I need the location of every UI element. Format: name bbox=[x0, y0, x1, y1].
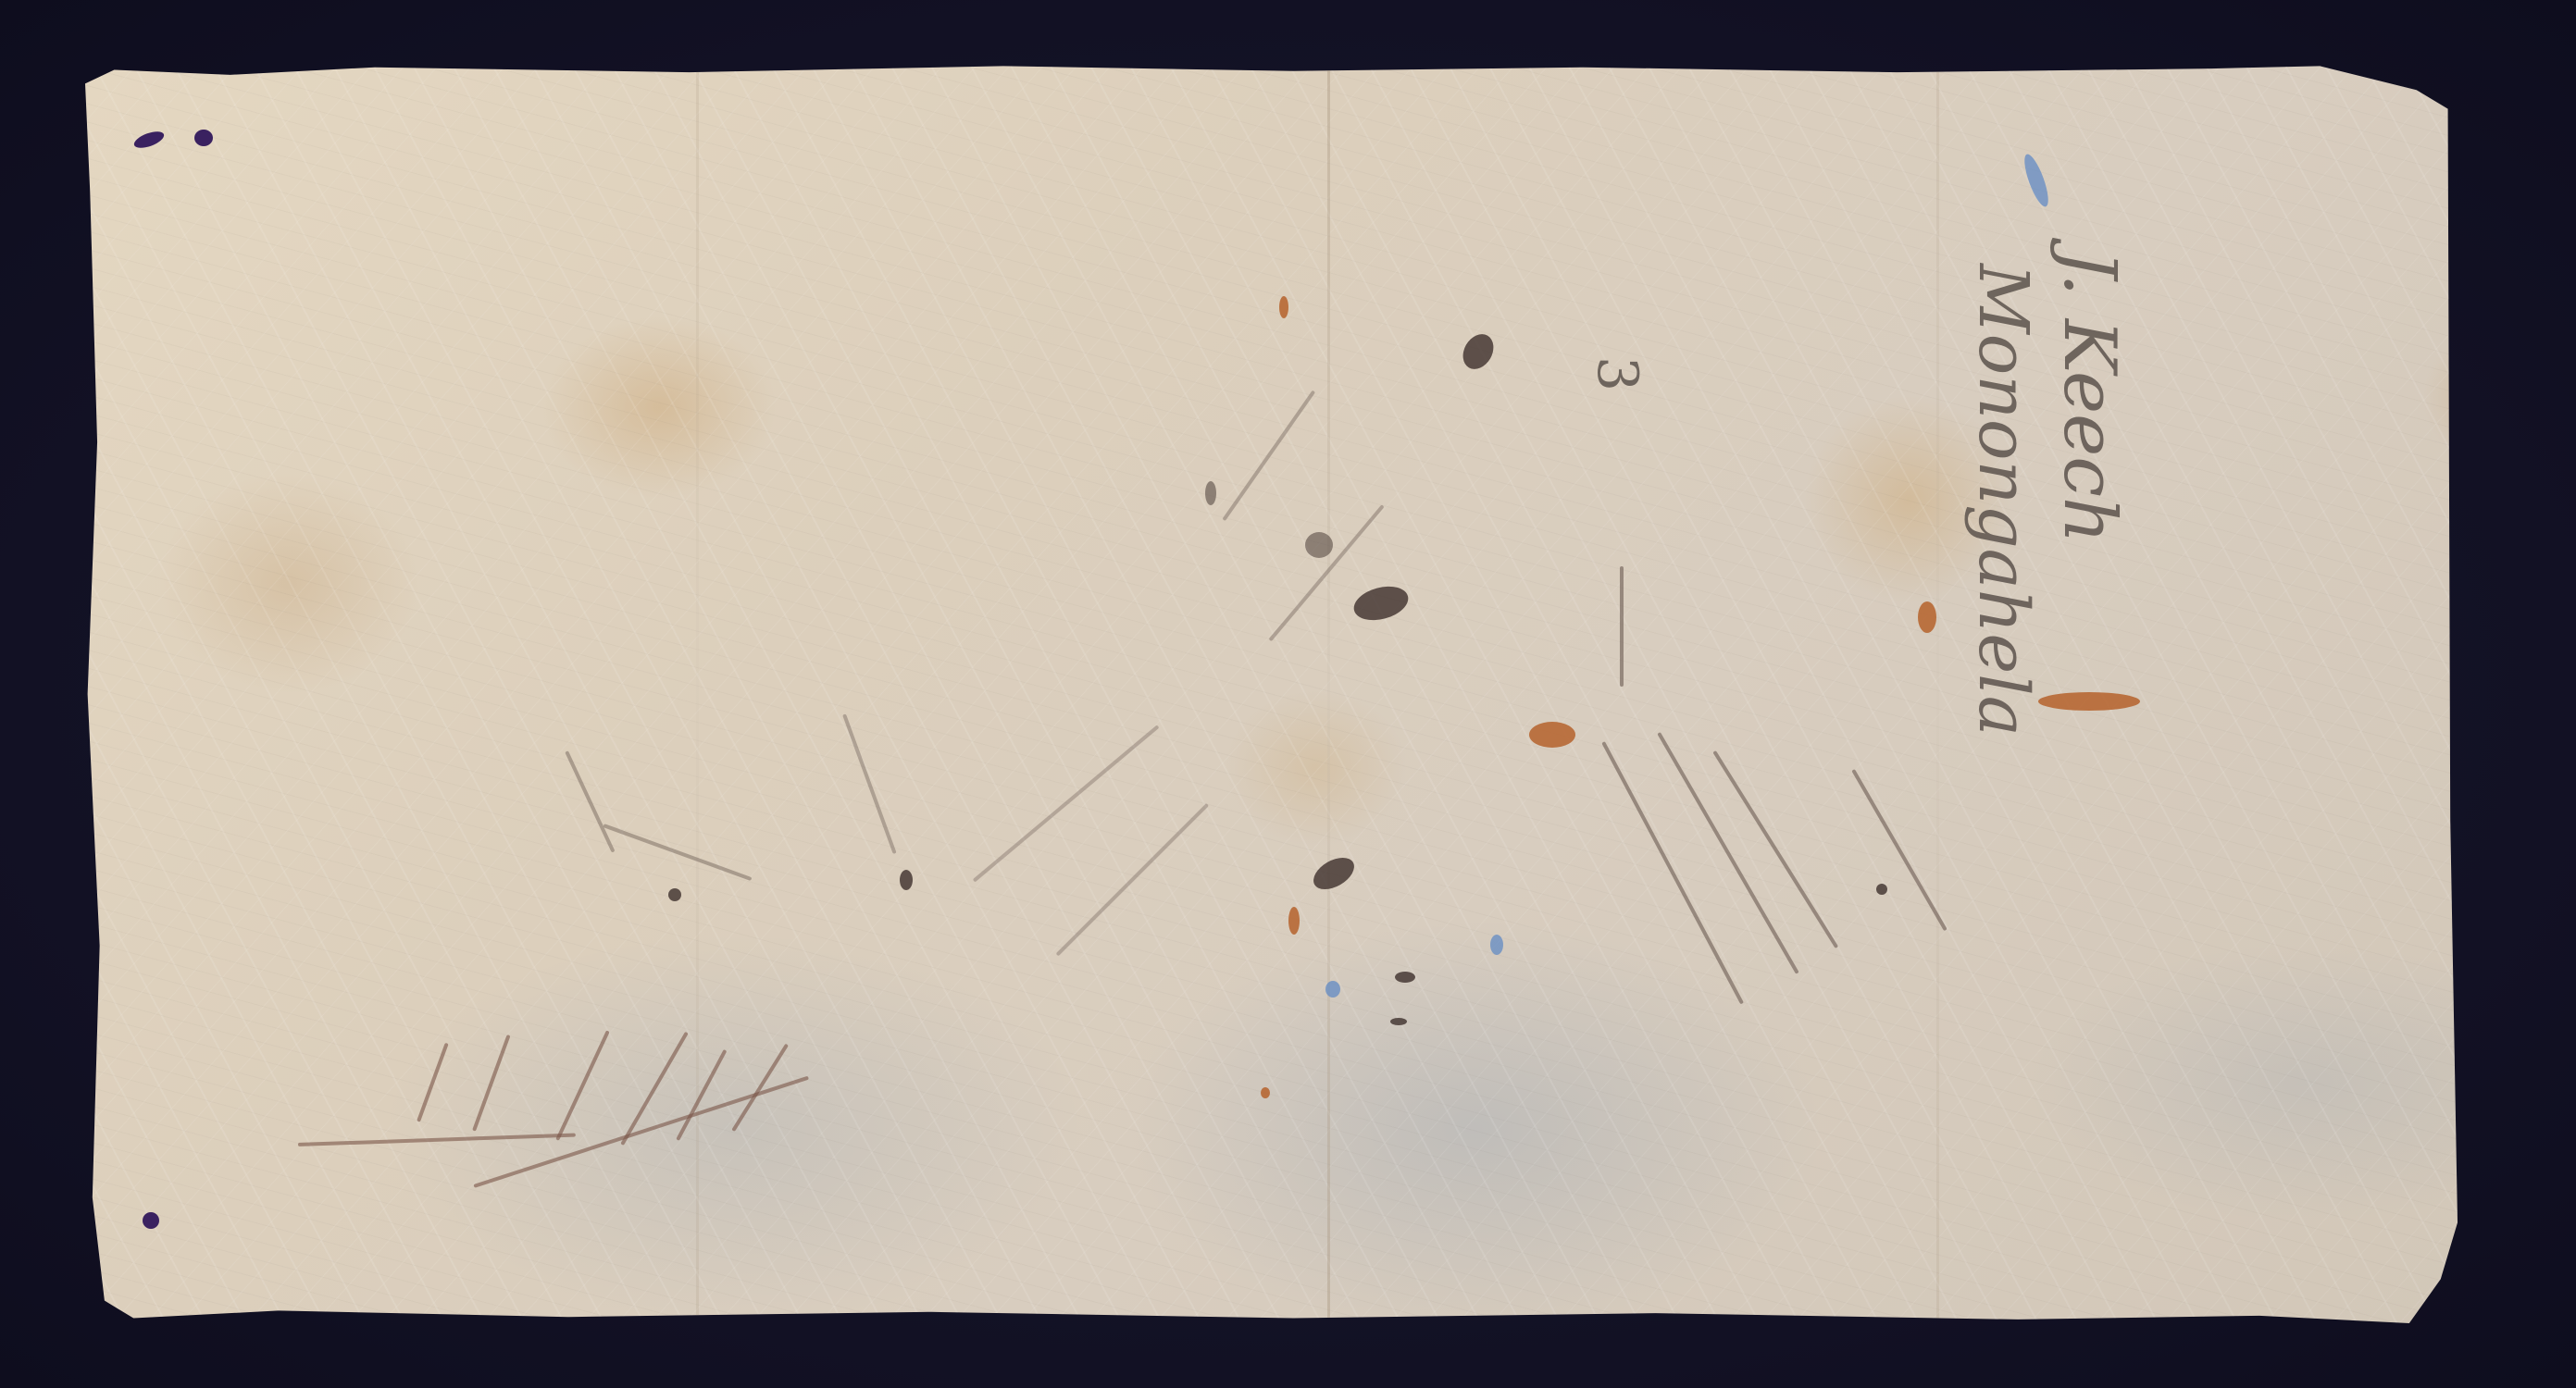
ink-blot bbox=[1457, 328, 1500, 375]
ink-blot bbox=[668, 888, 681, 901]
ink-spot bbox=[194, 130, 213, 146]
ink-blot bbox=[1205, 481, 1216, 505]
blue-ink-mark bbox=[1490, 935, 1503, 955]
ink-blot bbox=[1876, 884, 1887, 895]
rust-stain bbox=[1918, 601, 1936, 633]
vertical-fold-line bbox=[696, 65, 699, 1323]
blue-ink-mark bbox=[2020, 152, 2053, 209]
rust-stain bbox=[1288, 907, 1300, 935]
ink-blot bbox=[1350, 581, 1412, 626]
rust-stain bbox=[1261, 1087, 1270, 1098]
handwritten-numeral: 3 bbox=[1585, 356, 1649, 391]
aged-paper-note: J. Keech Monongahela 3 bbox=[85, 65, 2501, 1323]
ink-blot bbox=[1390, 1018, 1407, 1025]
handwritten-place: Monongahela bbox=[1963, 264, 2043, 737]
ink-blot bbox=[1308, 851, 1360, 896]
rust-stain bbox=[2038, 692, 2140, 711]
handwritten-name: J. Keech bbox=[2047, 250, 2131, 543]
vertical-fold-line bbox=[1936, 65, 1939, 1323]
rust-stain bbox=[2464, 407, 2475, 418]
ink-blot bbox=[1395, 972, 1415, 983]
photo-stage: J. Keech Monongahela 3 bbox=[0, 0, 2576, 1388]
rust-stain bbox=[1279, 296, 1288, 318]
vertical-fold-line bbox=[1327, 65, 1330, 1323]
rust-stain bbox=[2464, 407, 2501, 453]
ink-blot bbox=[900, 870, 913, 890]
ink-spot bbox=[143, 1212, 159, 1229]
ink-spot bbox=[132, 129, 167, 152]
ink-blot bbox=[1305, 532, 1333, 558]
rust-stain bbox=[1529, 722, 1575, 748]
blue-ink-mark bbox=[1325, 981, 1340, 998]
paper-fiber-texture bbox=[85, 65, 2501, 1323]
